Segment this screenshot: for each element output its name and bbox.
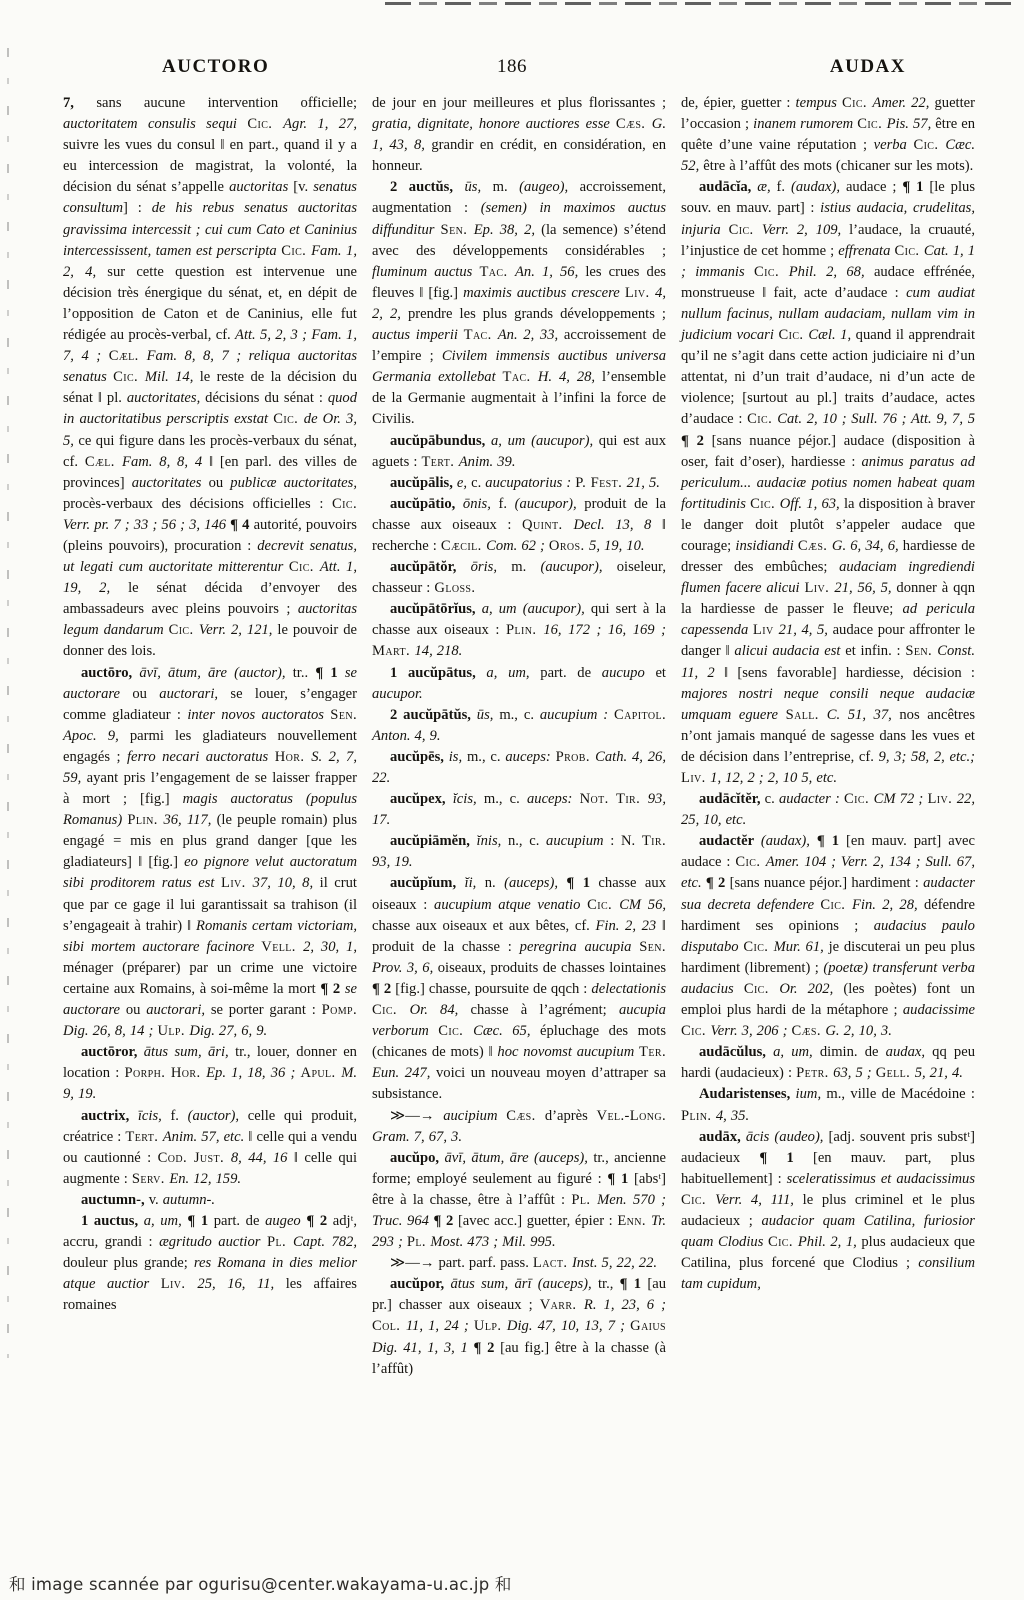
column-left: 7, sans aucune intervention officielle; … (63, 93, 357, 1380)
dictionary-paragraph: aucŭpĭum, ĭi, n. (auceps), ¶ 1 chasse au… (372, 873, 666, 1105)
dictionary-paragraph: ≫—→ part. parf. pass. Lact. Inst. 5, 22,… (372, 1253, 666, 1274)
column-right: de, épier, guetter : tempus Cic. Amer. 2… (681, 93, 975, 1380)
dictionary-paragraph: auctōror, ātus sum, āri, tr., louer, don… (63, 1042, 357, 1105)
dictionary-page: AUCTORO 186 AUDAX 7, sans aucune interve… (0, 0, 1024, 1600)
dictionary-paragraph: de, épier, guetter : tempus Cic. Amer. 2… (681, 93, 975, 177)
dictionary-paragraph: aucŭpālis, e, c. aucupatorius : P. Fest.… (372, 473, 666, 494)
dictionary-paragraph: 7, sans aucune intervention officielle; … (63, 93, 357, 663)
dictionary-paragraph: aucŭpor, ātus sum, ārī (auceps), tr., ¶ … (372, 1274, 666, 1379)
dictionary-paragraph: Audaristenses, ium, m., ville de Macédoi… (681, 1084, 975, 1126)
dictionary-paragraph: audācĭtĕr, c. audacter : Cic. CM 72 ; Li… (681, 789, 975, 831)
page-header: AUCTORO 186 AUDAX (0, 56, 1024, 82)
scan-credit: 和 image scannée par ogurisu@center.wakay… (9, 1571, 512, 1595)
dictionary-paragraph: aucŭpo, āvī, ātum, āre (auceps), tr., an… (372, 1148, 666, 1253)
page-number: 186 (497, 56, 527, 78)
dictionary-paragraph: 2 auctŭs, ūs, m. (augeo), accroissement,… (372, 177, 666, 430)
catchword-right: AUDAX (830, 56, 906, 78)
dictionary-paragraph: aucŭpātŏr, ōris, m. (aucupor), oiseleur,… (372, 557, 666, 599)
column-middle: de jour en jour meilleures et plus flori… (372, 93, 666, 1380)
dictionary-paragraph: audactĕr (audax), ¶ 1 [en mauv. part] av… (681, 831, 975, 1042)
dictionary-paragraph: aucŭpex, ĭcis, m., c. auceps: Not. Tir. … (372, 789, 666, 831)
dictionary-paragraph: aucŭpēs, is, m., c. auceps: Prob. Cath. … (372, 747, 666, 789)
dictionary-paragraph: ≫—→ aucipium Cæs. d’après Vel.-Long. Gra… (372, 1106, 666, 1148)
dictionary-paragraph: 2 aucŭpātŭs, ūs, m., c. aucupium : Capit… (372, 705, 666, 747)
scan-artifact-left-line (7, 48, 9, 1358)
dictionary-paragraph: auctōro, āvī, ātum, āre (auctor), tr.. ¶… (63, 663, 357, 1043)
dictionary-paragraph: aucŭpiāmĕn, ĭnis, n., c. aucupium : N. T… (372, 831, 666, 873)
dictionary-paragraph: auctumn-, v. autumn-. (63, 1190, 357, 1211)
dictionary-paragraph: aucŭpābundus, a, um (aucupor), qui est a… (372, 431, 666, 473)
dictionary-paragraph: audācŭlus, a, um, dimin. de audax, qq pe… (681, 1042, 975, 1084)
dictionary-paragraph: 1 aucŭpātus, a, um, part. de aucupo et a… (372, 663, 666, 705)
dictionary-paragraph: auctrix, īcis, f. (auctor), celle qui pr… (63, 1106, 357, 1190)
dictionary-paragraph: audāx, ācis (audeo), [adj. souvent pris … (681, 1127, 975, 1296)
scan-artifact-top-line (385, 2, 1015, 5)
dictionary-paragraph: aucŭpātio, ōnis, f. (aucupor), produit d… (372, 494, 666, 557)
dictionary-paragraph: audācĭa, æ, f. (audax), audace ; ¶ 1 [le… (681, 177, 975, 789)
dictionary-paragraph: de jour en jour meilleures et plus flori… (372, 93, 666, 177)
text-columns: 7, sans aucune intervention officielle; … (63, 93, 975, 1380)
catchword-left: AUCTORO (162, 56, 269, 78)
dictionary-paragraph: aucŭpātōrĭus, a, um (aucupor), qui sert … (372, 599, 666, 662)
dictionary-paragraph: 1 auctus, a, um, ¶ 1 part. de augeo ¶ 2 … (63, 1211, 357, 1316)
